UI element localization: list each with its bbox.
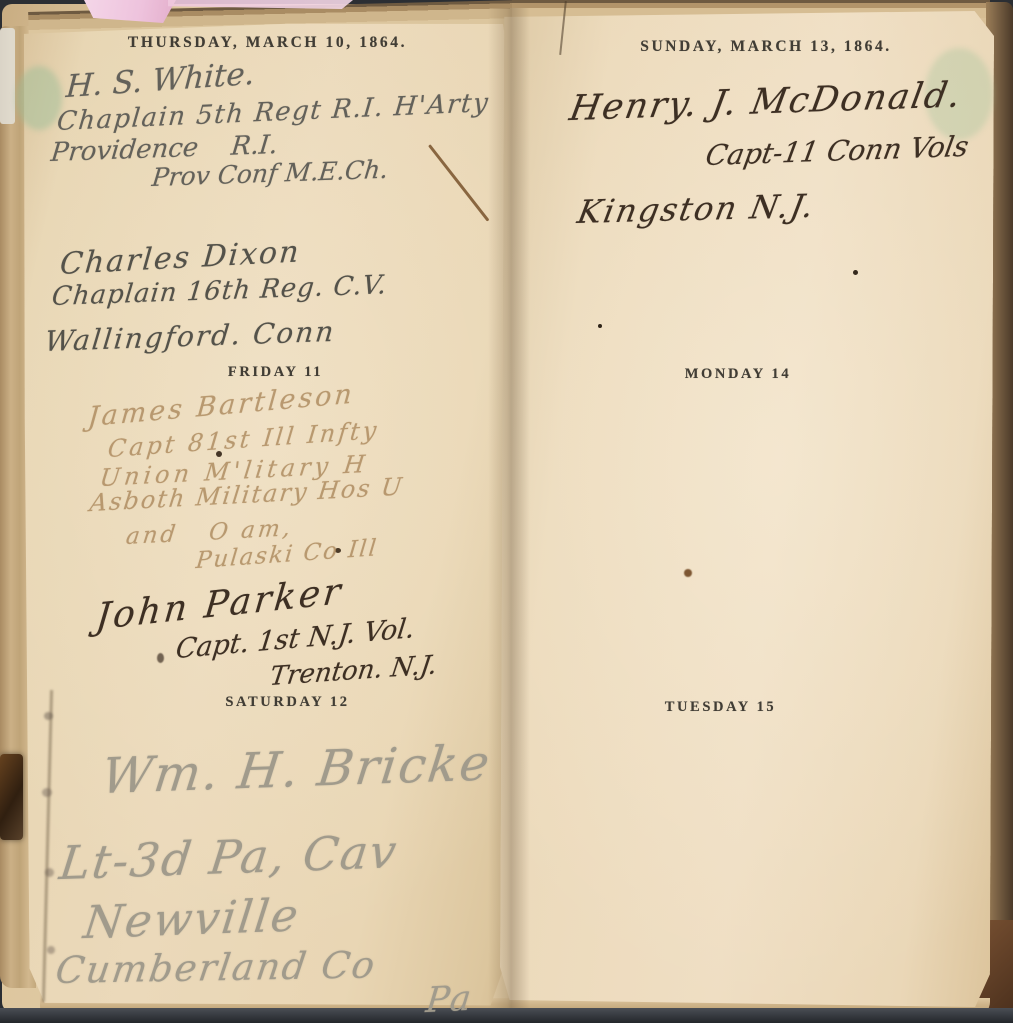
printed-date-header-left: THURSDAY, MARCH 10, 1864. [115,34,420,52]
printed-day-header-saturday: SATURDAY 12 [200,694,375,711]
entry-mcdonald-line: Kingston N.J. [575,190,818,228]
printed-date-header-right: SUNDAY, MARCH 13, 1864. [616,38,916,56]
diary-scan: THURSDAY, MARCH 10, 1864. H. S. White. C… [0,0,1013,1023]
book-gutter-shadow [488,8,530,1008]
book-clasp-remnant [0,754,23,840]
ink-spot [598,324,602,328]
printed-day-header-monday: MONDAY 14 [648,366,828,383]
entry-bricker-line: Lt-3d Pa, Cav [57,828,401,886]
crease-spot [44,712,53,720]
page-stack-left-highlight [0,28,15,124]
ink-blot [157,653,164,663]
entry-bricker-line: Pa [424,981,474,1019]
entry-bricker-line: Cumberland Co [53,946,378,989]
crease-spot [47,946,55,954]
scan-shadow-bottom [0,1008,1013,1023]
brown-spot [684,569,692,577]
crease-spot [45,868,54,877]
entry-bricker-line: Wm. H. Bricke [99,738,494,801]
green-stain-left [16,66,62,130]
ink-spot [853,270,858,275]
printed-day-header-friday: FRIDAY 11 [188,364,363,381]
entry-bricker-line: Newville [81,892,302,945]
printed-day-header-tuesday: TUESDAY 15 [628,699,813,716]
crease-spot [42,788,52,797]
